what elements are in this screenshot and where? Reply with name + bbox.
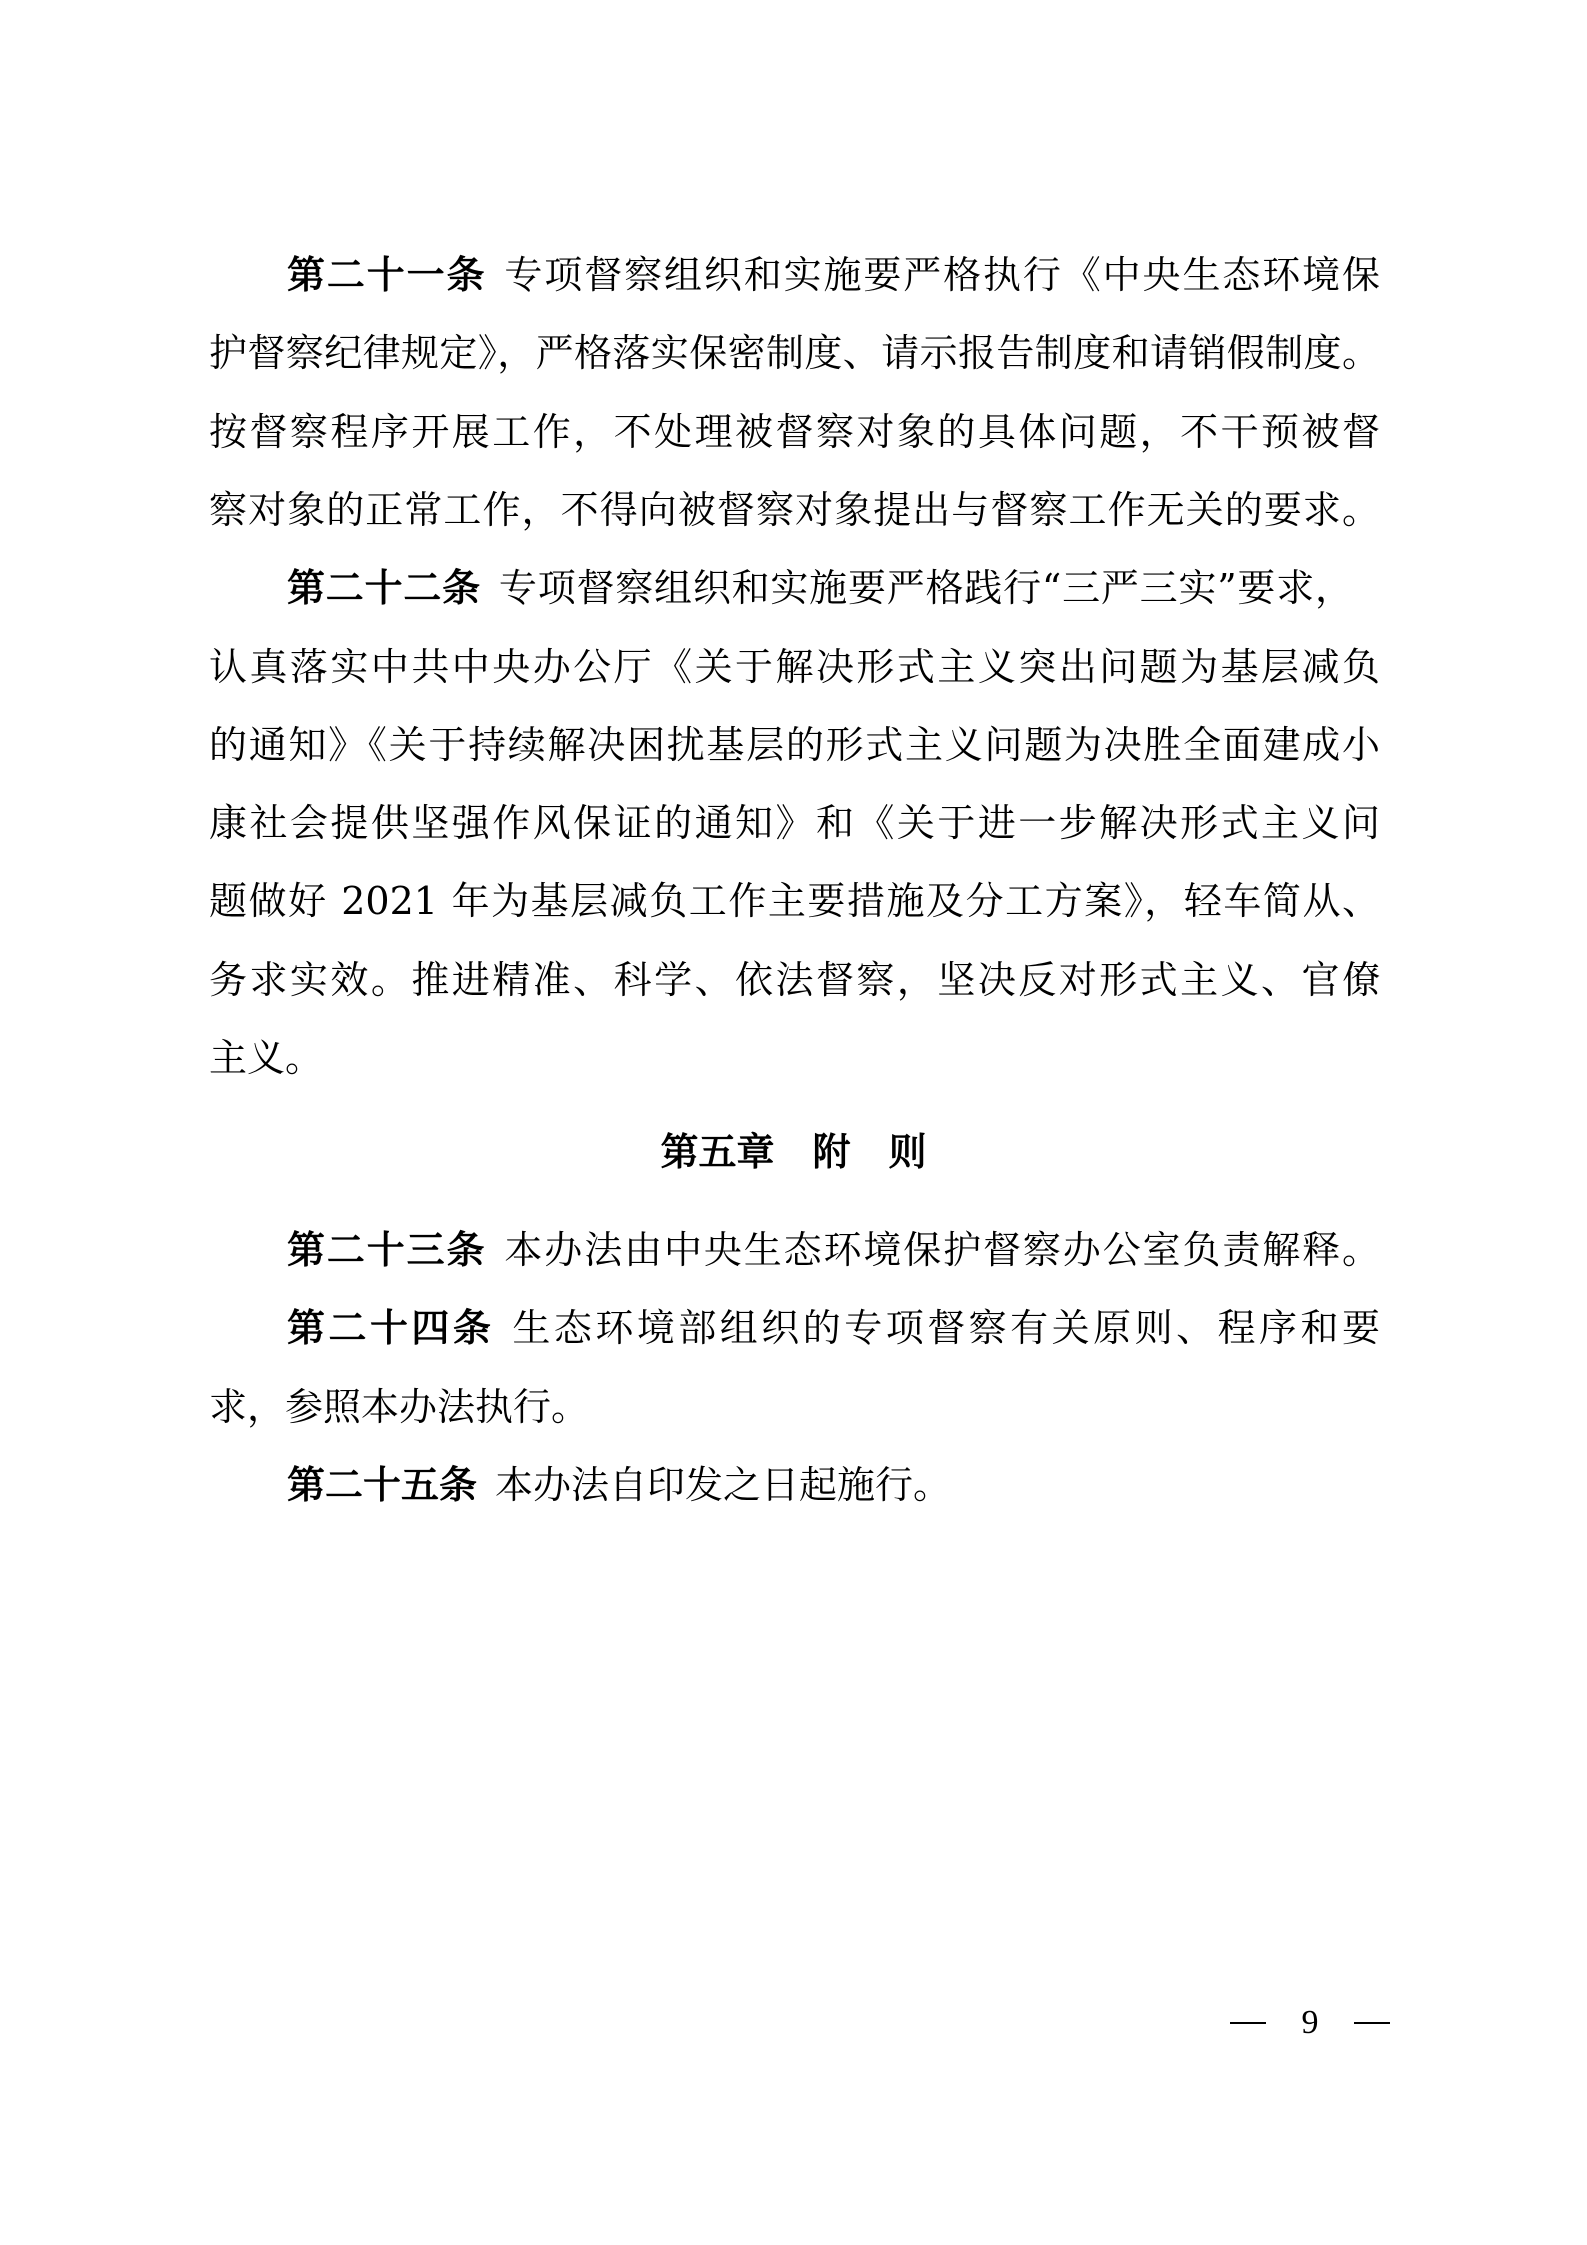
article-21-line-1: 第二十一条专项督察组织和实施要严格执行《中央生态环境保 [287, 236, 1380, 314]
chapter-heading: 第五章 附 则 [0, 1113, 1587, 1191]
page-number: 9 [1230, 1998, 1390, 2048]
article-text: 专项督察组织和实施要严格执行《中央生态环境保 [504, 253, 1380, 297]
article-25-line-1: 第二十五条本办法自印发之日起施行。 [287, 1446, 951, 1524]
article-21-line-2: 护督察纪律规定》，严格落实保密制度、请示报告制度和请销假制度。 [209, 314, 1380, 392]
article-label: 第二十五条 [287, 1463, 477, 1507]
article-label: 第二十四条 [287, 1306, 494, 1350]
article-22-line-4: 康社会提供坚强作风保证的通知》和《关于进一步解决形式主义问 [209, 784, 1380, 862]
article-22-line-6: 务求实效。推进精准、科学、依法督察，坚决反对形式主义、官僚 [209, 941, 1380, 1019]
article-21-line-4: 察对象的正常工作，不得向被督察对象提出与督察工作无关的要求。 [209, 471, 1380, 549]
article-label: 第二十一条 [287, 253, 486, 297]
article-text: 本办法自印发之日起施行。 [495, 1463, 951, 1507]
article-text: 本办法由中央生态环境保护督察办公室负责解释。 [504, 1228, 1380, 1272]
article-text: 专项督察组织和实施要严格践行“三严三实”要求， [499, 566, 1353, 610]
article-22-line-7: 主义。 [209, 1019, 323, 1097]
article-22-line-5: 题做好 2021 年为基层减负工作主要措施及分工方案》，轻车简从、 [209, 862, 1380, 940]
article-label: 第二十二条 [287, 566, 481, 610]
article-22-line-2: 认真落实中共中央办公厅《关于解决形式主义突出问题为基层减负 [209, 628, 1380, 706]
article-24-line-2: 求，参照本办法执行。 [209, 1368, 589, 1446]
article-text: 生态环境部组织的专项督察有关原则、程序和要 [512, 1306, 1380, 1350]
article-21-line-3: 按督察程序开展工作，不处理被督察对象的具体问题，不干预被督 [209, 393, 1380, 471]
article-label: 第二十三条 [287, 1228, 486, 1272]
document-page: 第二十一条专项督察组织和实施要严格执行《中央生态环境保 护督察纪律规定》，严格落… [0, 0, 1587, 2245]
article-23-line-1: 第二十三条本办法由中央生态环境保护督察办公室负责解释。 [287, 1211, 1380, 1289]
article-22-line-3: 的通知》《关于持续解决困扰基层的形式主义问题为决胜全面建成小 [209, 706, 1380, 784]
page-number-dash-left [1230, 2022, 1266, 2024]
article-24-line-1: 第二十四条生态环境部组织的专项督察有关原则、程序和要 [287, 1289, 1380, 1367]
page-number-dash-right [1354, 2022, 1390, 2024]
page-number-value: 9 [1302, 1998, 1319, 2048]
article-22-line-1: 第二十二条专项督察组织和实施要严格践行“三严三实”要求， [287, 549, 1353, 627]
